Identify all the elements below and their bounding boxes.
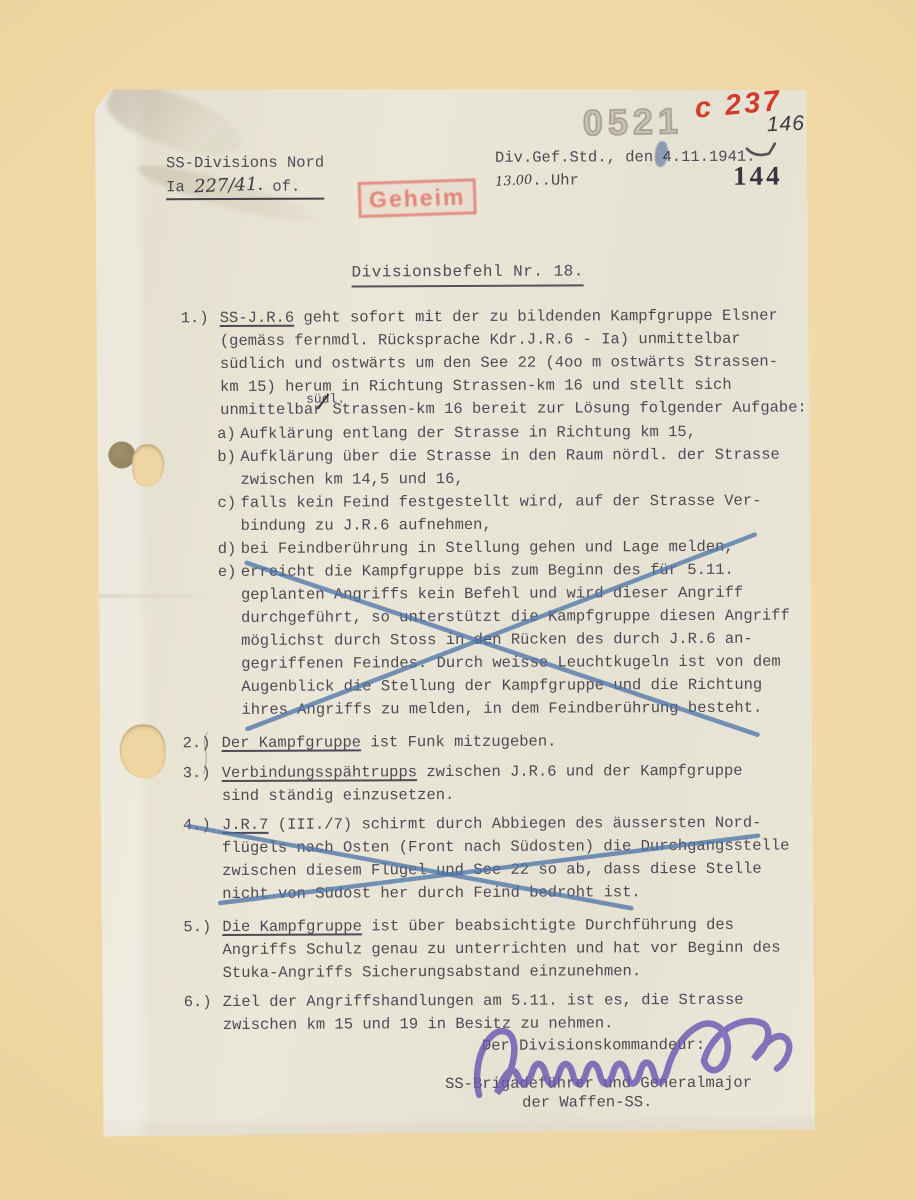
pencil-page-number: 146 — [766, 112, 805, 137]
paragraph-4: 4.) J.R.7 (III./7) schirmt durch Abbiege… — [222, 812, 790, 906]
ref-suffix: of. — [263, 178, 300, 196]
registry-number-stamp: 0521 — [582, 100, 683, 144]
p2-underlined: Der Kampfgruppe — [222, 733, 362, 752]
date-block: Div.Gef.Std., den 4.11.1941. 13.00..Uhr — [495, 147, 756, 194]
subitem-e-line3: durchgeführt, so unterstützt die Kampfgr… — [241, 605, 790, 630]
subitem-e-label: e) — [218, 561, 237, 584]
p5-underlined: Die Kampfgruppe — [222, 917, 362, 936]
subitem-d-label: d) — [218, 538, 237, 561]
p3-rest: zwischen J.R.6 und der Kampfgruppe — [417, 762, 743, 781]
p1-line1: SS-J.R.6 geht sofort mit der zu bildende… — [220, 304, 807, 330]
subitem-b-label: b) — [217, 446, 236, 469]
ref-prefix: Ia — [166, 178, 194, 196]
punch-hole — [132, 444, 164, 486]
subitem-b: b) Aufklärung über die Strasse in den Ra… — [240, 444, 789, 492]
paragraph-4-number: 4.) — [183, 814, 211, 837]
subitem-b-line1: Aufklärung über die Strasse in den Raum … — [240, 444, 789, 469]
subitem-c: c) falls kein Feind festgestellt wird, a… — [240, 490, 789, 538]
commander-role-line: Der Divisionskommandeur: — [482, 1034, 705, 1058]
place-date: Div.Gef.Std., den 4.11.1941. — [495, 147, 756, 171]
time-line: 13.00..Uhr — [495, 170, 756, 194]
p2-rest: ist Funk mitzugeben. — [361, 733, 556, 752]
subitem-d: d) bei Feindberührung in Stellung gehen … — [241, 536, 790, 561]
p3-underlined: Verbindungsspähtrupps — [222, 763, 417, 782]
time-handwritten: 13.00 — [495, 171, 533, 193]
paragraph-2-number: 2.) — [183, 732, 211, 755]
paragraph-1-number: 1.) — [181, 307, 209, 330]
p1-line1-rest: geht sofort mit der zu bildenden Kampfgr… — [294, 307, 778, 327]
p3-line1: Verbindungsspähtrupps zwischen J.R.6 und… — [222, 760, 743, 785]
subitem-e-line1: erreicht die Kampfgruppe bis zum Beginn … — [241, 559, 790, 584]
subitem-c-line1: falls kein Feind festgestellt wird, auf … — [240, 490, 789, 515]
paragraph-6-number: 6.) — [184, 991, 212, 1014]
subitem-e-line5: gegriffenen Feindes. Durch weisse Leucht… — [241, 651, 790, 676]
document-title: Divisionsbefehl Nr. 18. — [351, 262, 583, 287]
p5-rest: ist über beabsichtigte Durchführung des — [362, 916, 734, 936]
subitem-d-line1: bei Feindberührung in Stellung gehen und… — [241, 536, 790, 561]
p3-line2: sind ständig einzusetzen. — [222, 783, 743, 808]
subitem-e: e) erreicht die Kampfgruppe bis zum Begi… — [241, 559, 790, 722]
p4-line1: J.R.7 (III./7) schirmt durch Abbiegen de… — [222, 812, 790, 837]
paragraph-2: 2.) Der Kampfgruppe ist Funk mitzugeben. — [222, 731, 557, 755]
brown-mark — [108, 441, 135, 468]
secrecy-stamp: Geheim — [358, 178, 477, 218]
p1-underlined: SS-J.R.6 — [220, 309, 294, 327]
subitem-c-label: c) — [217, 492, 236, 515]
ref-handwritten-number: 227/41. — [194, 175, 264, 198]
p4-rest: (III./7) schirmt durch Abbiegen des äuss… — [268, 814, 761, 834]
p1-line5b: Strassen-km 16 bereit zur Lösung folgend… — [332, 398, 806, 418]
p4-underlined: J.R.7 — [222, 816, 269, 834]
p1-line2: (gemäss fernmdl. Rücksprache Kdr.J.R.6 -… — [220, 327, 807, 353]
page-number: 144 — [733, 161, 783, 192]
p5-line1: Die Kampfgruppe ist über beabsichtigte D… — [222, 914, 780, 939]
p5-line3: Stuka-Angriffs Sicherungsabstand einzune… — [223, 960, 781, 985]
subitem-b-line2: zwischen km 14,5 und 16, — [240, 467, 789, 492]
paragraph-5: 5.) Die Kampfgruppe ist über beabsichtig… — [222, 914, 780, 985]
paragraph-6: 6.) Ziel der Angriffshandlungen am 5.11.… — [223, 989, 744, 1037]
subitem-e-line4: möglichst durch Stoss in den Rücken des … — [241, 628, 790, 653]
rank-line-2: der Waffen-SS. — [522, 1091, 652, 1115]
document-title-wrap: Divisionsbefehl Nr. 18. — [351, 262, 583, 281]
p5-line2: Angriffs Schulz genau zu unterrichten un… — [222, 937, 780, 962]
p4-line3: zwischen diesem Flügel und See 22 so ab,… — [222, 858, 790, 883]
p4-line2: flügels nach Osten (Front nach Südosten)… — [222, 835, 790, 860]
subitem-e-line7: ihres Angriffs zu melden, in dem Feindbe… — [241, 697, 790, 722]
subitem-e-line2: geplanten Angriffs kein Befehl und wird … — [241, 582, 790, 607]
time-suffix: ..Uhr — [532, 171, 579, 189]
p4-line4: nicht von Südost her durch Feind bedroht… — [222, 881, 790, 906]
p1-line3: südlich und ostwärts um den See 22 (4oo … — [220, 350, 807, 376]
paragraph-1-subitems: a) Aufklärung entlang der Strasse in Ric… — [240, 421, 790, 722]
subitem-a: a) Aufklärung entlang der Strasse in Ric… — [240, 421, 789, 446]
p2-line1: Der Kampfgruppe ist Funk mitzugeben. — [222, 731, 557, 755]
paragraph-5-number: 5.) — [183, 916, 211, 939]
file-reference: Ia 227/41. of. — [166, 176, 324, 201]
letterhead: SS-Divisions Nord Ia 227/41. of. — [166, 153, 324, 201]
subitem-c-line2: bindung zu J.R.6 aufnehmen, — [241, 513, 790, 538]
p6-line1: Ziel der Angriffshandlungen am 5.11. ist… — [223, 989, 744, 1014]
subitem-e-line6: Augenblick die Stellung der Kampfgruppe … — [241, 674, 790, 699]
subitem-a-line1: Aufklärung entlang der Strasse in Richtu… — [240, 421, 789, 446]
punch-hole — [119, 724, 165, 778]
paper-crease — [97, 594, 217, 598]
paragraph-3-number: 3.) — [183, 762, 211, 785]
document-page: SS-Divisions Nord Ia 227/41. of. Geheim … — [95, 86, 816, 1136]
subitem-a-label: a) — [217, 423, 236, 446]
paragraph-3: 3.) Verbindungsspähtrupps zwischen J.R.6… — [222, 760, 743, 808]
org-name: SS-Divisions Nord — [166, 153, 324, 177]
